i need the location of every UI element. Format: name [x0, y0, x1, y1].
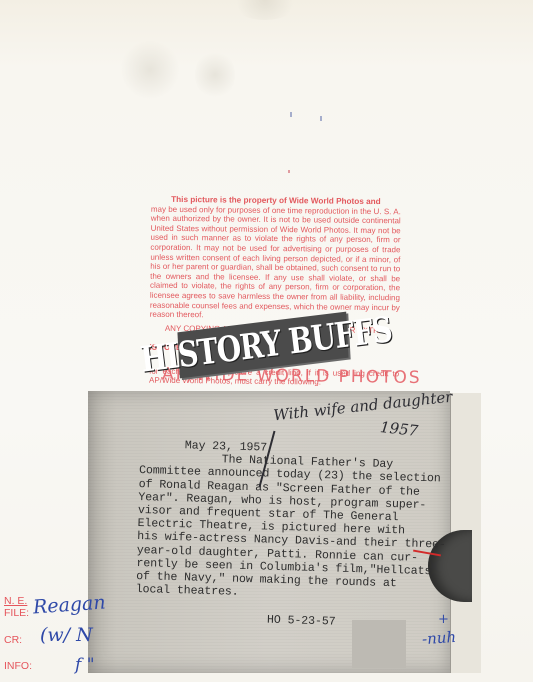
- label-cr: CR:: [4, 627, 32, 653]
- handwritten-right-note: -nuh: [421, 628, 456, 648]
- caption-text: May 23, 1957 The National Father's Day C…: [135, 438, 440, 632]
- ink-speck: [288, 170, 290, 173]
- stamp-body: may be used only for purposes of one tim…: [150, 204, 401, 322]
- handwritten-line-2: (w/ N: [40, 624, 93, 646]
- label-ne: N. E.: [4, 595, 32, 607]
- ink-speck: [320, 116, 322, 121]
- handwritten-plus: +: [438, 612, 449, 627]
- label-file: FILE:: [4, 607, 32, 619]
- filing-labels: N. E. FILE: CR: INFO:: [4, 595, 32, 679]
- ink-speck: [290, 112, 292, 117]
- smudge: [120, 40, 180, 100]
- handwritten-year: 1957: [379, 418, 419, 440]
- smudge: [195, 50, 235, 100]
- label-info: INFO:: [4, 653, 32, 679]
- smudge: [230, 0, 300, 20]
- handwritten-line-3: f ": [75, 655, 95, 675]
